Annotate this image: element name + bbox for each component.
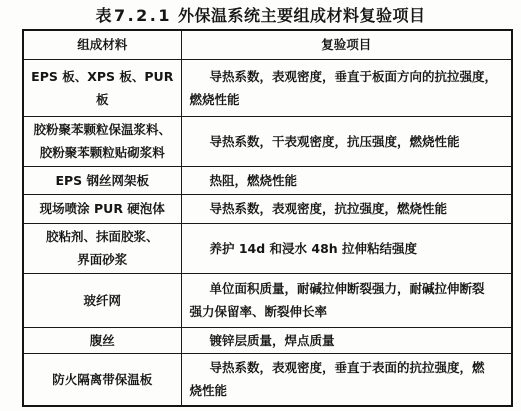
- reinspection-table: 组成材料 复验项目 EPS 板、XPS 板、PUR 板 导热系数，表观密度，垂直…: [22, 29, 513, 407]
- items-cell: 单位面积质量，耐碱拉伸断裂强力，耐碱拉伸断裂 强力保留率、断裂伸长率: [181, 273, 512, 327]
- table-row: 胶粘剂、抹面胶浆、 界面砂浆 养护 14d 和浸水 48h 拉伸粘结强度: [23, 223, 512, 273]
- table-row: 腹丝 镀锌层质量，焊点质量: [23, 327, 512, 353]
- items-cell: 镀锌层质量，焊点质量: [181, 327, 512, 353]
- material-cell: 现场喷涂 PUR 硬泡体: [23, 194, 181, 223]
- material-cell: 胶粉聚苯颗粒保温浆料、 胶粉聚苯颗粒贴砌浆料: [23, 116, 181, 166]
- document-page: 表7.2.1外保温系统主要组成材料复验项目 组成材料 复验项目 EPS 板、XP…: [0, 0, 521, 411]
- header-items: 复验项目: [181, 30, 512, 59]
- table-row: 现场喷涂 PUR 硬泡体 导热系数，表观密度，抗拉强度，燃烧性能: [23, 194, 512, 223]
- table-row: 玻纤网 单位面积质量，耐碱拉伸断裂强力，耐碱拉伸断裂 强力保留率、断裂伸长率: [23, 273, 512, 327]
- table-row: 胶粉聚苯颗粒保温浆料、 胶粉聚苯颗粒贴砌浆料 导热系数，干表观密度，抗压强度，燃…: [23, 116, 512, 166]
- table-header-row: 组成材料 复验项目: [23, 30, 512, 59]
- material-cell: 玻纤网: [23, 273, 181, 327]
- items-cell: 导热系数，干表观密度，抗压强度，燃烧性能: [181, 116, 512, 166]
- table-title-text: 外保温系统主要组成材料复验项目: [178, 6, 426, 25]
- items-cell: 热阻，燃烧性能: [181, 166, 512, 194]
- material-cell: 腹丝: [23, 327, 181, 353]
- items-cell: 导热系数，表观密度，抗拉强度，燃烧性能: [181, 194, 512, 223]
- items-cell: 养护 14d 和浸水 48h 拉伸粘结强度: [181, 223, 512, 273]
- material-cell: EPS 钢丝网架板: [23, 166, 181, 194]
- material-cell: EPS 板、XPS 板、PUR 板: [23, 59, 181, 116]
- table-row: EPS 钢丝网架板 热阻，燃烧性能: [23, 166, 512, 194]
- table-title: 表7.2.1外保温系统主要组成材料复验项目: [0, 3, 521, 26]
- header-material: 组成材料: [23, 30, 181, 59]
- items-cell: 导热系数，表观密度，垂直于板面方向的抗拉强度， 燃烧性能: [181, 59, 512, 116]
- table-number: 表7.2.1: [95, 6, 172, 25]
- material-cell: 胶粘剂、抹面胶浆、 界面砂浆: [23, 223, 181, 273]
- material-cell: 防火隔离带保温板: [23, 353, 181, 406]
- items-cell: 导热系数，表观密度，垂直于表面的抗拉强度，燃 烧性能: [181, 353, 512, 406]
- table-row: 防火隔离带保温板 导热系数，表观密度，垂直于表面的抗拉强度，燃 烧性能: [23, 353, 512, 406]
- table-row: EPS 板、XPS 板、PUR 板 导热系数，表观密度，垂直于板面方向的抗拉强度…: [23, 59, 512, 116]
